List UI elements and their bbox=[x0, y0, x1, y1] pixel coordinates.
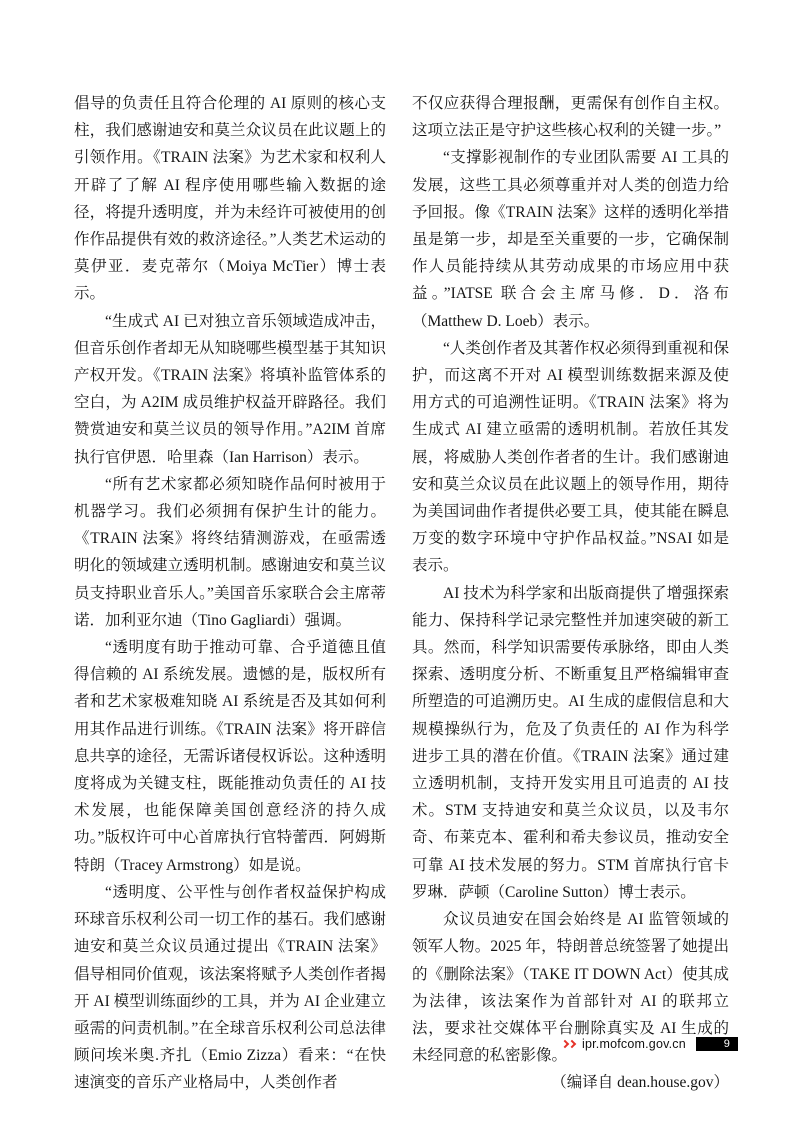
paragraph: “透明度、公平性与创作者权益保护构成环球音乐权利公司一切工作的基石。我们感谢迪安… bbox=[74, 879, 386, 1097]
paragraph: “生成式 AI 已对独立音乐领域造成冲击，但音乐创作者却无从知晓哪些模型基于其知… bbox=[74, 308, 386, 471]
double-chevron-right-icon bbox=[562, 1041, 575, 1047]
paragraph: 倡导的负责任且符合伦理的 AI 原则的核心支柱，我们感谢迪安和莫兰众议员在此议题… bbox=[74, 90, 386, 308]
paragraph: AI 技术为科学家和出版商提供了增强探索能力、保持科学记录完整性并加速突破的新工… bbox=[412, 580, 729, 906]
paragraph: “所有艺术家都必须知晓作品何时被用于机器学习。我们必须拥有保护生计的能力。《TR… bbox=[74, 471, 386, 634]
left-column: 倡导的负责任且符合伦理的 AI 原则的核心支柱，我们感谢迪安和莫兰众议员在此议题… bbox=[74, 90, 386, 1097]
footer-site-url: ipr.mofcom.gov.cn bbox=[582, 1037, 686, 1051]
chevron-right-icon bbox=[568, 1039, 576, 1047]
source-attribution: （编译自 dean.house.gov） bbox=[412, 1069, 729, 1096]
paragraph: 不仅应获得合理报酬，更需保有创作自主权。这项立法正是守护这些核心权利的关键一步。… bbox=[412, 90, 729, 144]
right-column: 不仅应获得合理报酬，更需保有创作自主权。这项立法正是守护这些核心权利的关键一步。… bbox=[412, 90, 729, 1097]
page-number-badge: 9 bbox=[696, 1037, 738, 1051]
paragraph: “人类创作者及其著作权必须得到重视和保护，而这离不开对 AI 模型训练数据来源及… bbox=[412, 335, 729, 580]
paragraph: “支撑影视制作的专业团队需要 AI 工具的发展，这些工具必须尊重并对人类的创造力… bbox=[412, 144, 729, 334]
footer: ipr.mofcom.gov.cn 9 bbox=[562, 1035, 738, 1052]
paragraph: “透明度有助于推动可靠、合乎道德且值得信赖的 AI 系统发展。遗憾的是，版权所有… bbox=[74, 634, 386, 879]
document-page: 倡导的负责任且符合伦理的 AI 原则的核心支柱，我们感谢迪安和莫兰众议员在此议题… bbox=[0, 0, 794, 1122]
